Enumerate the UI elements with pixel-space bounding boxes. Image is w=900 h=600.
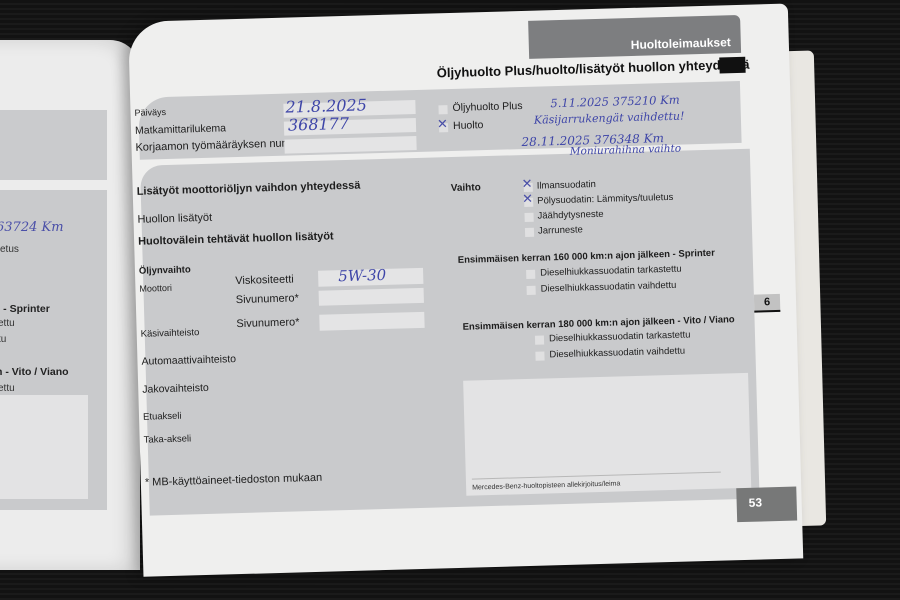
date-value: 21.8.2025 xyxy=(285,95,367,116)
work-order-field[interactable] xyxy=(284,136,416,154)
handwritten-note: Käsijarrukengät vaihdettu! xyxy=(534,110,685,127)
page-number: 53 xyxy=(736,487,797,523)
left-line: n - Vito / Viano xyxy=(0,366,69,378)
signature-box[interactable]: Mercedes-Benz-huoltopisteen allekirjoitu… xyxy=(463,373,751,496)
section-heading: Lisätyöt moottoriöljyn vaihdon yhteydess… xyxy=(137,180,361,198)
right-page: Huoltoleimaukset Öljyhuolto Plus/huolto/… xyxy=(128,4,803,577)
oil-change-heading: Öljynvaihto xyxy=(139,264,191,276)
check-mark-icon: ✕ xyxy=(437,117,448,132)
oil-item-label: Käsivaihteisto xyxy=(141,327,200,340)
page-subtitle: Öljyhuolto Plus/huolto/lisätyöt huollon … xyxy=(437,57,750,81)
oil-item-label: Taka-akseli xyxy=(144,433,192,445)
checkbox-air-filter[interactable]: ✕ xyxy=(524,183,533,192)
section-tab-label: Huoltoleimaukset xyxy=(631,35,731,52)
odometer-field[interactable]: 368177 xyxy=(284,118,416,136)
vito-item-label: Dieselhiukkassuodatin tarkastettu xyxy=(549,329,691,344)
viscosity-value: 5W-30 xyxy=(338,266,387,285)
left-line: ettu xyxy=(0,318,15,329)
service-type-label: Öljyhuolto Plus xyxy=(452,100,522,114)
viscosity-label: Viskositeetti xyxy=(235,273,294,287)
checkbox-vito-dpf-checked[interactable] xyxy=(535,336,544,345)
handwritten-note: Moniurahihna vaihto xyxy=(570,143,682,158)
replacement-item-label: Jarruneste xyxy=(538,224,583,236)
odometer-label: Matkamittarilukema xyxy=(135,122,226,137)
engine-page-number-field[interactable] xyxy=(319,288,424,306)
odometer-value: 368177 xyxy=(288,114,350,135)
page-number-label: Sivunumero* xyxy=(236,316,299,330)
left-line: tu xyxy=(0,334,6,345)
signature-label: Mercedes-Benz-huoltopisteen allekirjoitu… xyxy=(472,480,620,491)
sprinter-item-label: Dieselhiukkassuodatin tarkastettu xyxy=(540,264,682,279)
signature-line xyxy=(472,472,721,480)
oil-item-label: Etuakseli xyxy=(143,411,182,423)
left-page: 63724 Km etus en - Sprinter ettu tu n - … xyxy=(0,40,140,570)
checkbox-sprinter-dpf-checked[interactable] xyxy=(526,270,535,279)
left-line: etus xyxy=(0,244,19,255)
replacement-item-label: Jäähdytysneste xyxy=(537,209,603,222)
checkbox-brake-fluid[interactable] xyxy=(525,228,534,237)
oil-item-label: Moottori xyxy=(139,283,172,294)
replacement-item-label: Pölysuodatin: Lämmitys/tuuletus xyxy=(537,192,673,207)
section-heading: Huoltovälein tehtävät huollon lisätyöt xyxy=(138,230,334,247)
oil-item-label: Jakovaihteisto xyxy=(142,382,209,396)
page-number-label: Sivunumero* xyxy=(236,292,299,306)
viscosity-field[interactable]: 5W-30 xyxy=(318,268,423,287)
oil-item-label: Automaattivaihteisto xyxy=(141,353,236,368)
checkbox-coolant[interactable] xyxy=(524,213,533,222)
date-label: Päiväys xyxy=(134,107,166,118)
chapter-tab: 6 xyxy=(754,294,780,313)
left-handwritten-km: 63724 Km xyxy=(0,220,64,235)
left-form-box-top xyxy=(0,110,107,180)
checkbox-pollen-filter[interactable]: ✕ xyxy=(524,198,533,207)
section-heading: Huollon lisätyöt xyxy=(137,212,212,226)
replacement-label: Vaihto xyxy=(451,182,481,194)
left-signature-box xyxy=(0,395,88,499)
work-order-label: Korjaamon työmääräyksen numero xyxy=(135,137,306,154)
vito-heading: Ensimmäisen kerran 180 000 km:n ajon jäl… xyxy=(463,314,735,333)
checkbox-huolto[interactable]: ✕ xyxy=(439,123,448,132)
left-line: en - Sprinter xyxy=(0,303,50,315)
gearbox-page-number-field[interactable] xyxy=(319,312,424,331)
service-type-label: Huolto xyxy=(453,119,484,132)
replacement-item-label: Ilmansuodatin xyxy=(537,179,596,192)
checkbox-vito-dpf-replaced[interactable] xyxy=(535,352,544,361)
checkbox-oljyhuolto-plus[interactable] xyxy=(438,105,447,114)
footnote: * MB-käyttöaineet-tiedoston mukaan xyxy=(145,472,323,489)
check-mark-icon: ✕ xyxy=(522,192,533,207)
vito-item-label: Dieselhiukkassuodatin vaihdettu xyxy=(549,346,685,361)
sprinter-item-label: Dieselhiukkassuodatin vaihdettu xyxy=(540,280,676,295)
handwritten-note: 5.11.2025 375210 Km xyxy=(550,93,680,111)
section-tab: Huoltoleimaukset xyxy=(528,15,741,59)
left-line: ettu xyxy=(0,383,15,394)
subtitle-marker xyxy=(719,57,745,74)
checkbox-sprinter-dpf-replaced[interactable] xyxy=(527,286,536,295)
check-mark-icon: ✕ xyxy=(521,177,532,192)
